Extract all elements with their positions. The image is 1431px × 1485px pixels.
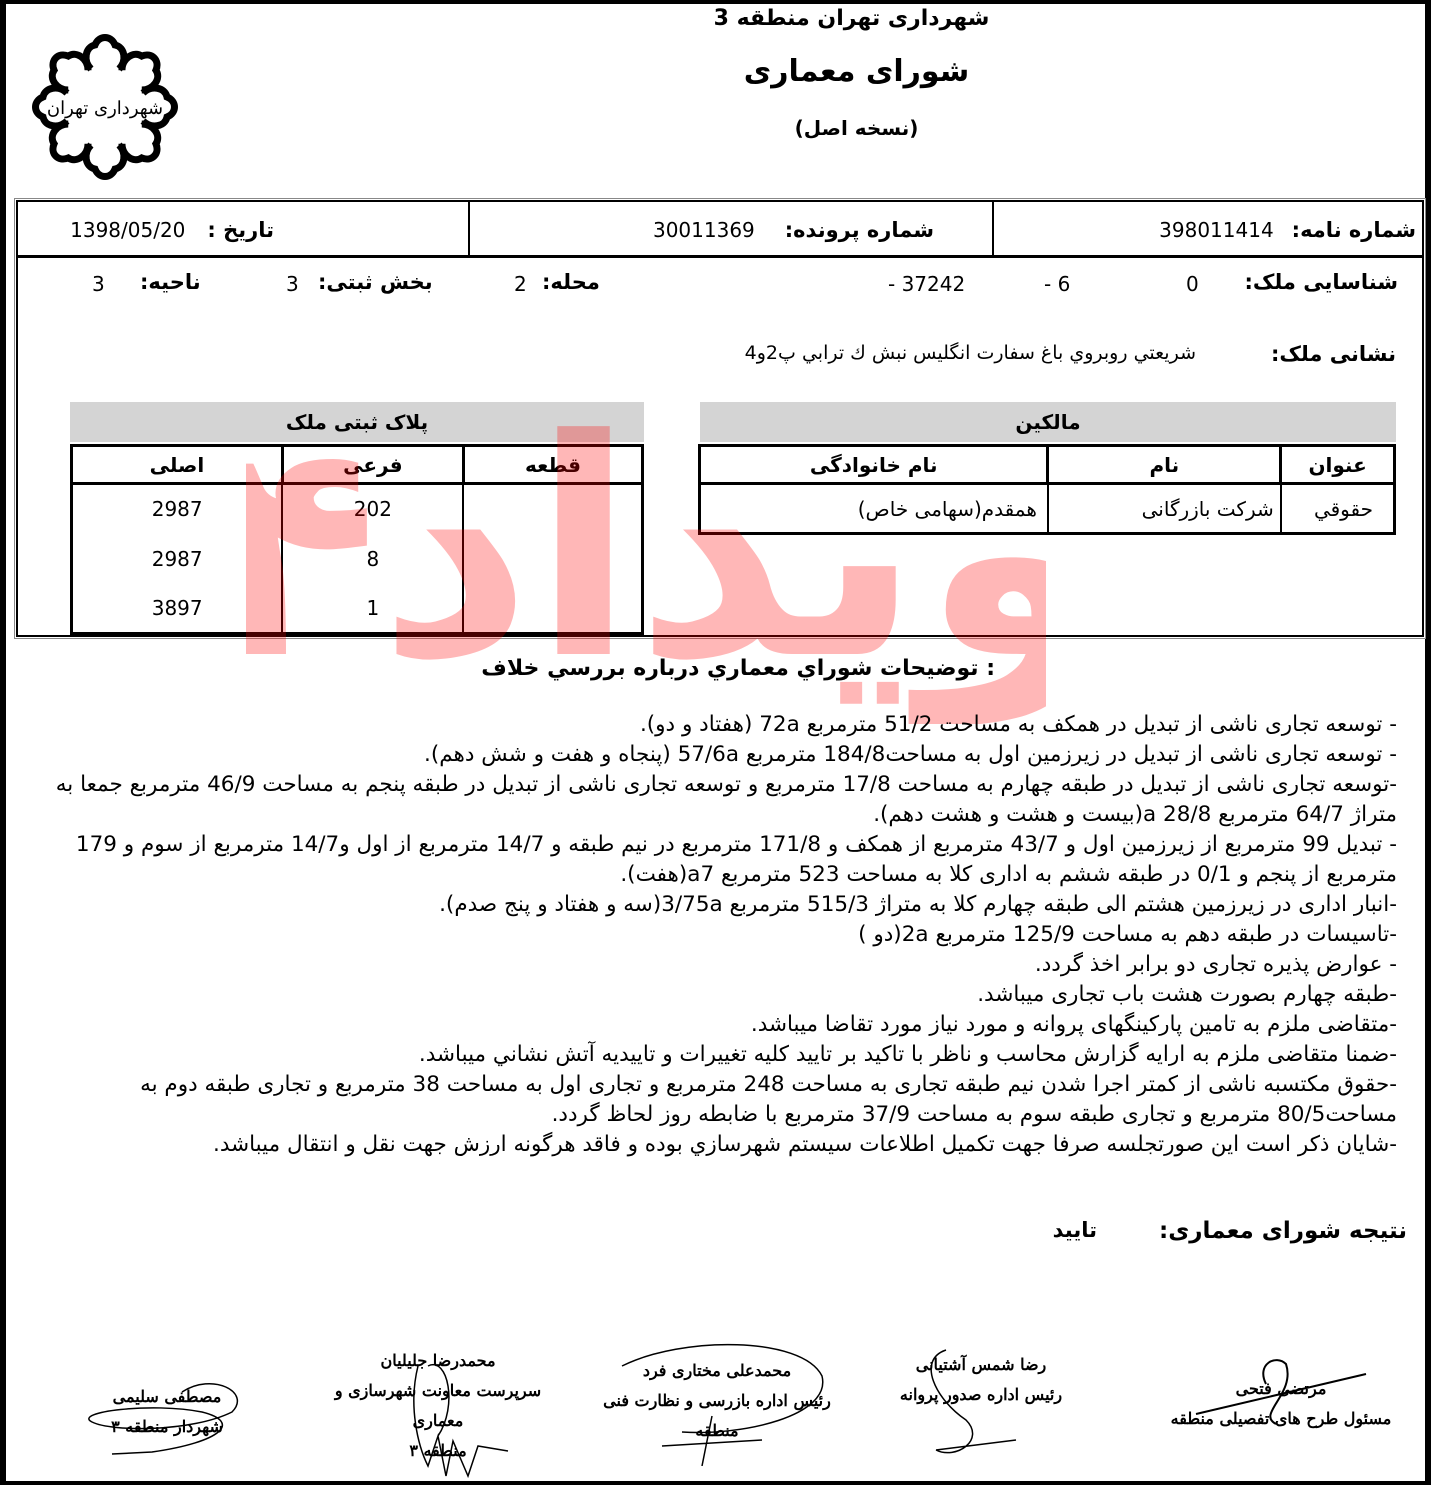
plate-main-cell: 2987 (72, 484, 283, 534)
council-result: نتیجه شورای معماری: تایید (1053, 1218, 1407, 1244)
address-label: نشانی ملک: (1271, 342, 1396, 366)
letter-number-label: شماره نامه: (1292, 218, 1416, 242)
result-label: نتیجه شورای معماری: (1159, 1218, 1407, 1244)
signature-block-1: مرتضی فتحی مسئول طرح های تفصیلی منطقه (1166, 1374, 1396, 1434)
description-title: : توضيحات شوراي معماري درباره بررسي خلاف (481, 656, 995, 681)
signatory-title: رئیس اداره صدور پروانه (876, 1380, 1086, 1410)
signatory-name: محمدعلی مختاری فرد (602, 1356, 832, 1386)
municipality-heading: شهرداری تهران منطقه 3 (6, 6, 1431, 31)
owner-name-cell: شرکت بازرگانی (1048, 484, 1281, 534)
signatory-title: مسئول طرح های تفصیلی منطقه (1166, 1404, 1396, 1434)
date-label: تاریخ : (207, 218, 274, 242)
table-row: 1 3897 (72, 584, 643, 634)
letter-number-cell: شماره نامه: 398011414 (994, 202, 1422, 258)
plate-sub-cell: 1 (282, 584, 463, 634)
description-line: - عوارض پذیره تجاری دو برابر اخذ گردد. (46, 950, 1397, 980)
plate-main-cell: 3897 (72, 584, 283, 634)
property-id-part-2: - 6 (1044, 272, 1070, 296)
owners-col-family: نام خانوادگی (700, 446, 1048, 484)
neighborhood-value: 2 (514, 272, 527, 296)
file-number-value: 30011369 (653, 218, 755, 242)
copy-type-subtitle: (نسخه اصل) (6, 116, 1431, 140)
owner-family-cell: همقدم(سهامی خاص) (700, 484, 1048, 534)
signatory-name: رضا شمس آشتیانی (876, 1350, 1086, 1380)
divider (992, 202, 994, 258)
description-line: - توسعه تجاری ناشی از تبدیل در زیرزمین ا… (46, 740, 1397, 770)
result-value: تایید (1053, 1218, 1097, 1244)
owners-table-title: مالکین (700, 402, 1396, 442)
description-line: -انبار اداری در زیرزمین هشتم الی طبقه چه… (46, 890, 1397, 920)
description-line: -متقاضی ملزم به تامین پارکینگهای پروانه … (46, 1010, 1397, 1040)
property-info-box: شماره نامه: 398011414 شماره پرونده: 3001… (16, 200, 1424, 637)
plate-sub-cell: 202 (282, 484, 463, 534)
plate-piece-cell (463, 584, 642, 634)
owners-col-title: عنوان (1281, 446, 1395, 484)
plate-col-main: اصلی (72, 446, 283, 484)
description-line: -توسعه تجاری ناشی از تبدیل در طبقه چهارم… (46, 770, 1397, 830)
address-value: شريعتي روبروي باغ سفارت انگليس نبش ك ترا… (745, 342, 1196, 364)
registry-section-label: بخش ثبتی: (318, 270, 433, 294)
registry-section-value: 3 (286, 272, 299, 296)
plate-table-title: پلاک ثبتی ملک (70, 402, 644, 442)
table-row: 202 2987 (72, 484, 643, 534)
signature-block-2: رضا شمس آشتیانی رئیس اداره صدور پروانه (876, 1350, 1086, 1410)
info-header-row: شماره نامه: 398011414 شماره پرونده: 3001… (18, 202, 1422, 258)
description-line: -شایان ذکر است این صورتجلسه صرفا جهت تکم… (46, 1130, 1397, 1160)
signatory-name: محمدرضا جلیلیان (328, 1346, 548, 1376)
document-page: شهرداری تهران شهرداری تهران منطقه 3 شورا… (0, 0, 1431, 1485)
description-line: -طبقه چهارم بصورت هشت باب تجاری میباشد. (46, 980, 1397, 1010)
date-value: 1398/05/20 (70, 218, 185, 242)
plate-piece-cell (463, 484, 642, 534)
description-line: -تاسیسات در طبقه دهم به مساحت 125/9 مترم… (46, 920, 1397, 950)
divider (468, 202, 470, 258)
district-label: ناحیه: (140, 270, 201, 294)
plate-sub-cell: 8 (282, 534, 463, 584)
plate-main-cell: 2987 (72, 534, 283, 584)
description-line: -حقوق مکتسبه ناشی از کمتر اجرا شدن نیم ط… (46, 1070, 1397, 1130)
signatory-title: رئیس اداره بازرسی و نظارت فنی منطقه (602, 1386, 832, 1446)
signature-block-4: محمدرضا جلیلیان سرپرست معاونت شهرسازی و … (328, 1346, 548, 1466)
signatory-title: سرپرست معاونت شهرسازی و معماری (328, 1376, 548, 1436)
signatory-title: شهردار منطقه ۳ (72, 1412, 262, 1442)
table-row: حقوقي شرکت بازرگانی همقدم(سهامی خاص) (700, 484, 1395, 534)
signatory-title-2: منطقه ۳ (328, 1436, 548, 1466)
date-cell: تاریخ : 1398/05/20 (16, 202, 468, 258)
signatory-name: مرتضی فتحی (1166, 1374, 1396, 1404)
letter-number-value: 398011414 (1159, 218, 1274, 242)
owner-type-cell: حقوقي (1281, 484, 1395, 534)
plate-piece-cell (463, 534, 642, 584)
description-body: - توسعه تجاری ناشی از تبدیل در همکف به م… (46, 710, 1397, 1160)
file-number-label: شماره پرونده: (785, 218, 934, 242)
owners-col-name: نام (1048, 446, 1281, 484)
description-line: -ضمنا متقاضی ملزم به ارایه گزارش محاسب و… (46, 1040, 1397, 1070)
tehran-municipality-logo-icon: شهرداری تهران (10, 22, 200, 192)
plate-table: قطعه فرعی اصلی 202 2987 8 2987 (70, 444, 644, 635)
signatory-name: مصطفی سلیمی (72, 1382, 262, 1412)
neighborhood-label: محله: (542, 270, 600, 294)
signature-block-5: مصطفی سلیمی شهردار منطقه ۳ (72, 1382, 262, 1442)
signature-block-3: محمدعلی مختاری فرد رئیس اداره بازرسی و ن… (602, 1356, 832, 1446)
property-id-label: شناسایی ملک: (1244, 270, 1398, 294)
file-number-cell: شماره پرونده: 30011369 (470, 202, 992, 258)
plate-col-sub: فرعی (282, 446, 463, 484)
owners-table: عنوان نام نام خانوادگی حقوقي شرکت بازرگا… (698, 444, 1396, 535)
property-id-part-3: - 37242 (888, 272, 965, 296)
page-title: شورای معماری (6, 54, 1431, 89)
property-id-part-1: 0 (1186, 272, 1199, 296)
district-value: 3 (92, 272, 105, 296)
plate-col-piece: قطعه (463, 446, 642, 484)
description-line: - تبدیل 99 مترمربع از زیرزمین اول و 43/7… (46, 830, 1397, 890)
description-line: - توسعه تجاری ناشی از تبدیل در همکف به م… (46, 710, 1397, 740)
table-row: 8 2987 (72, 534, 643, 584)
